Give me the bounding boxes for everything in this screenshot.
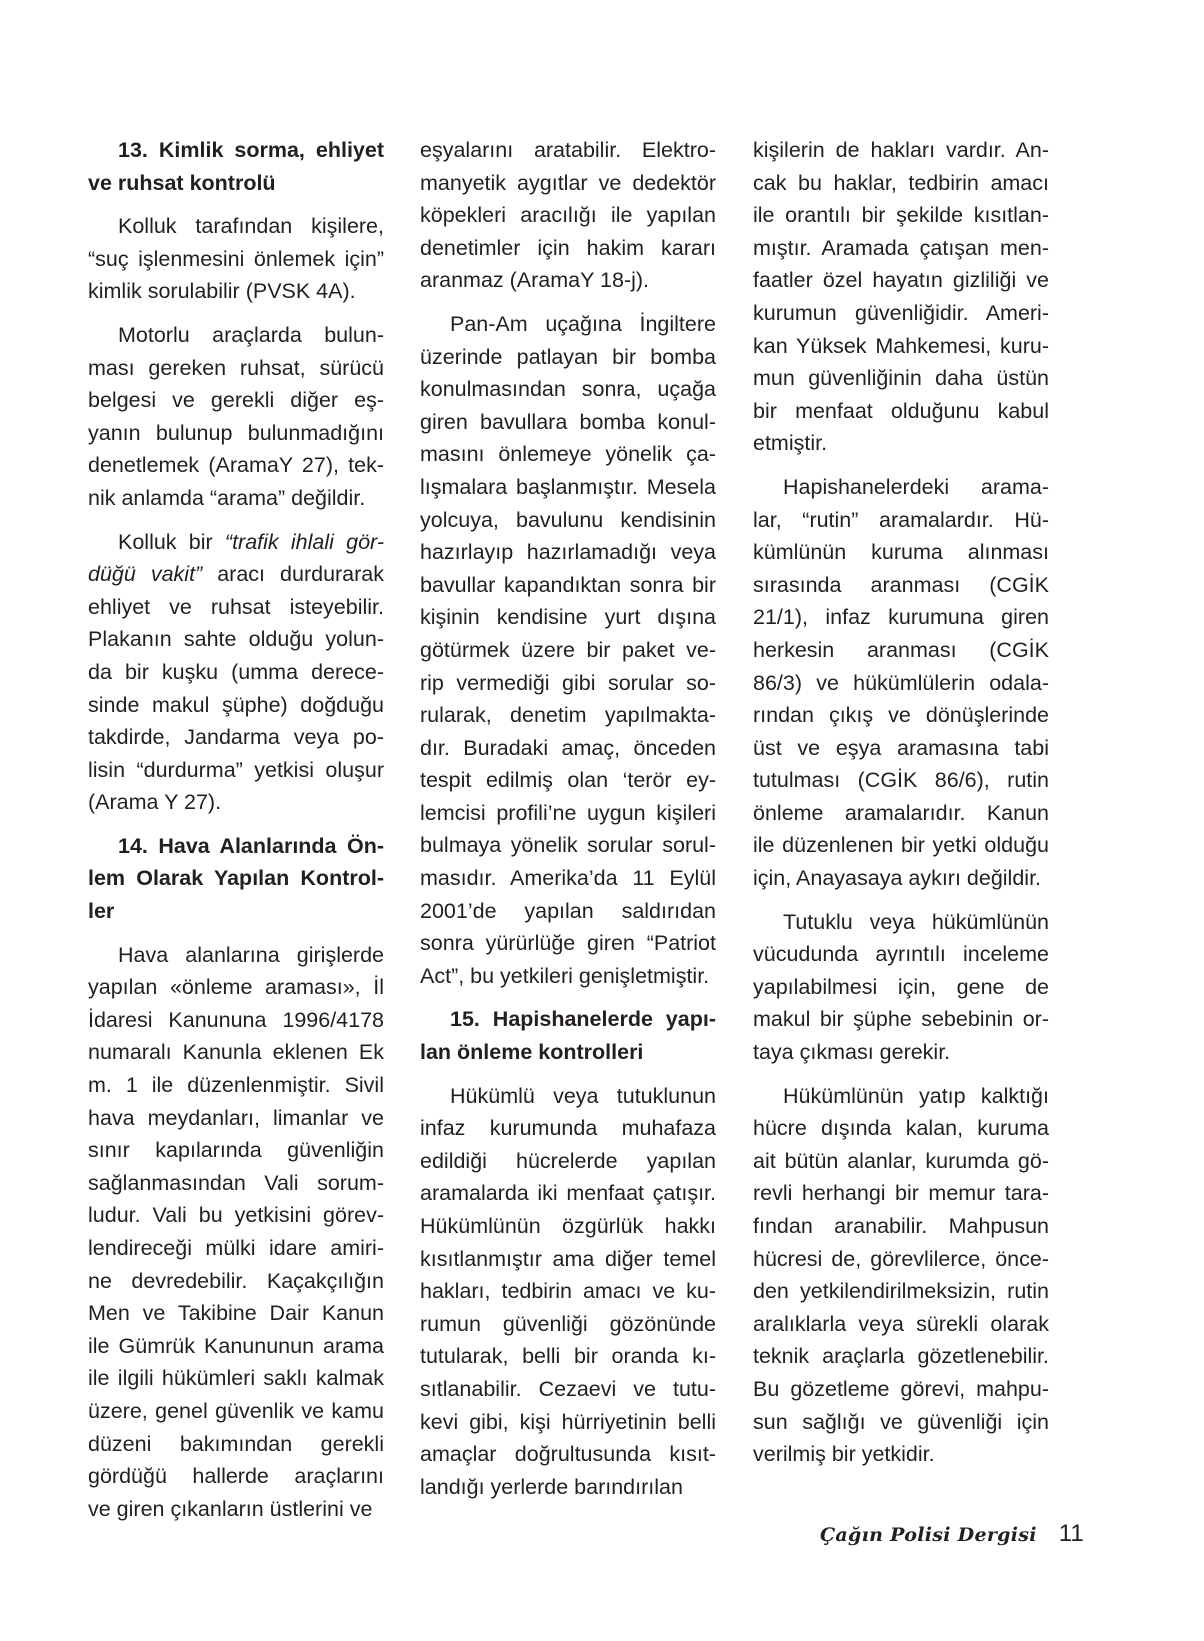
text-line: lışmalara başlanmıştır. Mesela [420, 471, 716, 504]
text-line: Motorlu araçlarda bulun- [88, 319, 384, 352]
text-line: rularak, denetim yapılmakta- [420, 699, 716, 732]
text-line: konulmasından sonra, uçağa [420, 373, 716, 406]
text-line: da bir kuşku (umma derece- [88, 656, 384, 689]
heading-line: lem Olarak Yapılan Kontrol- [88, 862, 384, 895]
text-line: için, Anayasaya aykırı değildir. [753, 862, 1049, 895]
text-line: hücre dışında kalan, kuruma [753, 1112, 1049, 1145]
text-line: ile orantılı bir şekilde kısıtlan- [753, 199, 1049, 232]
text-line: ile düzenlenen bir yetki olduğu [753, 829, 1049, 862]
section-heading: 15. Hapishanelerde yapı-lan önleme kontr… [420, 1003, 716, 1068]
text-line: (Arama Y 27). [88, 786, 384, 819]
text-line: m. 1 ile düzenlenmiştir. Sivil [88, 1069, 384, 1102]
text-line: manyetik aygıtlar ve dedektör [420, 167, 716, 200]
text-line: Hükümlünün özgürlük hakkı [420, 1210, 716, 1243]
text-line: aramalarda iki menfaat çatışır. [420, 1177, 716, 1210]
text-line: den yetkilendirilmeksizin, rutin [753, 1275, 1049, 1308]
journal-name: Çağın Polisi Dergisi [820, 1524, 1037, 1546]
text-line: vücudunda ayrıntılı inceleme [753, 938, 1049, 971]
text-line: Plakanın sahte olduğu yolun- [88, 623, 384, 656]
text-line: bulmaya yönelik sorular sorul- [420, 829, 716, 862]
text-line: lendireceği mülki idare amiri- [88, 1232, 384, 1265]
text-line: landığı yerlerde barındırılan [420, 1471, 716, 1504]
text-line: eşyalarını aratabilir. Elektro- [420, 134, 716, 167]
text-line: makul bir şüphe sebebinin or- [753, 1003, 1049, 1036]
text-line: ile ilgili hükümleri saklı kalmak [88, 1362, 384, 1395]
body-paragraph: Motorlu araçlarda bulun-ması gereken ruh… [88, 319, 384, 515]
body-paragraph: Hapishanelerdeki arama-lar, “rutin” aram… [753, 471, 1049, 895]
text-line: belgesi ve gerekli diğer eş- [88, 384, 384, 417]
text-line: hakları, tedbirin amacı ve ku- [420, 1275, 716, 1308]
text-line: tutularak, belli bir oranda kı- [420, 1340, 716, 1373]
text-line: Hapishanelerdeki arama- [753, 471, 1049, 504]
text-line: aralıklarla veya sürekli olarak [753, 1308, 1049, 1341]
text-line: ne devredebilir. Kaçakçılığın [88, 1265, 384, 1298]
body-paragraph: Hava alanlarına girişlerdeyapılan «önlem… [88, 939, 384, 1526]
text-line: taya çıkması gerekir. [753, 1036, 1049, 1069]
column-3: kişilerin de hakları vardır. An-cak bu h… [753, 134, 1049, 1482]
text-line: 86/3) ve hükümlülerin odala- [753, 667, 1049, 700]
text-line: amaçlar doğrultusunda kısıt- [420, 1438, 716, 1471]
text-line: üst ve eşya aramasına tabi [753, 732, 1049, 765]
body-paragraph: Tutuklu veya hükümlününvücudunda ayrıntı… [753, 906, 1049, 1069]
text-line: kişilerin de hakları vardır. An- [753, 134, 1049, 167]
text-line: kimlik sorulabilir (PVSK 4A). [88, 275, 384, 308]
text-line: lisin “durdurma” yetkisi oluşur [88, 754, 384, 787]
heading-line: 14. Hava Alanlarında Ön- [88, 830, 384, 863]
text-line: Bu gözetleme görevi, mahpu- [753, 1373, 1049, 1406]
italic-quote: düğü vakit” [88, 562, 202, 586]
text-line: Hava alanlarına girişlerde [88, 939, 384, 972]
text-line: hazırlayıp hazırlamadığı veya [420, 536, 716, 569]
text-line: üzerinde patlayan bir bomba [420, 341, 716, 374]
text-line: yolcuya, bavulunu kendisinin [420, 504, 716, 537]
text-line: kurumun güvenliğidir. Ameri- [753, 297, 1049, 330]
text-line: rip vermediği gibi sorular so- [420, 667, 716, 700]
text-line: Tutuklu veya hükümlünün [753, 906, 1049, 939]
text-line: ludur. Vali bu yetkisini görev- [88, 1199, 384, 1232]
heading-line: 13. Kimlik sorma, ehliyet [88, 134, 384, 167]
text-line: tespit edilmiş olan ‘terör ey- [420, 764, 716, 797]
text-line: “suç işlenmesini önlemek için” [88, 243, 384, 276]
text-line: ait bütün alanlar, kurumda gö- [753, 1145, 1049, 1178]
text-line: masıdır. Amerika’da 11 Eylül [420, 862, 716, 895]
text-line: nik anlamda “arama” değildir. [88, 482, 384, 515]
text-line: cak bu haklar, tedbirin amacı [753, 167, 1049, 200]
text-line: düzeni bakımından gerekli [88, 1428, 384, 1461]
body-paragraph: Pan-Am uçağına İngiltereüzerinde patlaya… [420, 308, 716, 992]
text-line: Act”, bu yetkileri genişletmiştir. [420, 960, 716, 993]
text-line: aranmaz (AramaY 18-j). [420, 264, 716, 297]
text-line: yapılan «önleme araması», İl [88, 971, 384, 1004]
text-line: giren bavullara bomba konul- [420, 406, 716, 439]
text-line: bavullar kapandıktan sonra bir [420, 569, 716, 602]
section-heading: 14. Hava Alanlarında Ön-lem Olarak Yapıl… [88, 830, 384, 928]
text-line: revli herhangi bir memur tara- [753, 1177, 1049, 1210]
text-line: gördüğü hallerde araçlarını [88, 1460, 384, 1493]
body-paragraph: Kolluk bir “trafik ihlali gör-düğü vakit… [88, 526, 384, 819]
text-line: infaz kurumunda muhafaza [420, 1112, 716, 1145]
text-line: denetlemek (AramaY 27), tek- [88, 449, 384, 482]
text-line: köpekleri aracılığı ile yapılan [420, 199, 716, 232]
text-line: numaralı Kanunla eklenen Ek [88, 1036, 384, 1069]
text-line: faatler özel hayatın gizliliği ve [753, 264, 1049, 297]
text-line: Hükümlü veya tutuklunun [420, 1080, 716, 1113]
text-line: bir menfaat olduğunu kabul [753, 395, 1049, 428]
body-paragraph: Kolluk tarafından kişilere,“suç işlenmes… [88, 210, 384, 308]
text-line: mun güvenliğinin daha üstün [753, 362, 1049, 395]
text-line: hücresi de, görevlilerce, önce- [753, 1243, 1049, 1276]
text-line: lar, “rutin” aramalardır. Hü- [753, 504, 1049, 537]
text-line: Men ve Takibine Dair Kanun [88, 1297, 384, 1330]
section-heading: 13. Kimlik sorma, ehliyetve ruhsat kontr… [88, 134, 384, 199]
body-paragraph: eşyalarını aratabilir. Elektro-manyetik … [420, 134, 716, 297]
text-line: rından çıkış ve dönüşlerinde [753, 699, 1049, 732]
page-footer: Çağın Polisi Dergisi 11 [820, 1520, 1084, 1548]
text-line: önleme aramalarıdır. Kanun [753, 797, 1049, 830]
text-line: sun sağlığı ve güvenliği için [753, 1406, 1049, 1439]
text-line: sınır kapılarında güvenliğin [88, 1134, 384, 1167]
text-line: ehliyet ve ruhsat isteyebilir. [88, 591, 384, 624]
text-line: tutulması (CGİK 86/6), rutin [753, 764, 1049, 797]
text-line: yapılabilmesi için, gene de [753, 971, 1049, 1004]
column-2: eşyalarını aratabilir. Elektro-manyetik … [420, 134, 716, 1514]
text-line: kısıtlanmıştır ama diğer temel [420, 1243, 716, 1276]
text-line: etmiştir. [753, 427, 1049, 460]
text-line: lemcisi profili’ne uygun kişileri [420, 797, 716, 830]
text-line: götürmek üzere bir paket ve- [420, 634, 716, 667]
text-line: ve giren çıkanların üstlerini ve [88, 1493, 384, 1526]
text-line: takdirde, Jandarma veya po- [88, 721, 384, 754]
text-line: hava meydanları, limanlar ve [88, 1102, 384, 1135]
column-1: 13. Kimlik sorma, ehliyetve ruhsat kontr… [88, 134, 384, 1536]
text-line: Pan-Am uçağına İngiltere [420, 308, 716, 341]
text-line: Hükümlünün yatıp kalktığı [753, 1080, 1049, 1113]
text-line: kan Yüksek Mahkemesi, kuru- [753, 330, 1049, 363]
text-line: sıtlanabilir. Cezaevi ve tutu- [420, 1373, 716, 1406]
page-number: 11 [1059, 1520, 1084, 1548]
text-line: ması gereken ruhsat, sürücü [88, 352, 384, 385]
text-line: teknik araçlarla gözetlenebilir. [753, 1340, 1049, 1373]
italic-quote: “trafik ihlali gör- [225, 530, 384, 554]
text-line: düğü vakit” aracı durdurarak [88, 558, 384, 591]
text-line: ile Gümrük Kanununun arama [88, 1330, 384, 1363]
text-line: sırasında aranması (CGİK [753, 569, 1049, 602]
text-line: edildiği hücrelerde yapılan [420, 1145, 716, 1178]
text-line: Kolluk bir “trafik ihlali gör- [88, 526, 384, 559]
text-line: sağlanmasından Vali sorum- [88, 1167, 384, 1200]
text-line: fından aranabilir. Mahpusun [753, 1210, 1049, 1243]
body-paragraph: Hükümlü veya tutuklununinfaz kurumunda m… [420, 1080, 716, 1504]
text-line: kişinin kendisine yurt dışına [420, 601, 716, 634]
text-line: herkesin aranması (CGİK [753, 634, 1049, 667]
text-line: yanın bulunup bulunmadığını [88, 417, 384, 450]
body-paragraph: Hükümlünün yatıp kalktığıhücre dışında k… [753, 1080, 1049, 1471]
text-line: İdaresi Kanununa 1996/4178 [88, 1004, 384, 1037]
heading-line: ler [88, 895, 384, 928]
text-line: verilmiş bir yetkidir. [753, 1438, 1049, 1471]
heading-line: lan önleme kontrolleri [420, 1036, 716, 1069]
text-line: kevi gibi, kişi hürriyetinin belli [420, 1406, 716, 1439]
text-line: rumun güvenliği gözönünde [420, 1308, 716, 1341]
text-line: 21/1), infaz kurumuna giren [753, 601, 1049, 634]
text-line: Kolluk tarafından kişilere, [88, 210, 384, 243]
text-line: dır. Buradaki amaç, önceden [420, 732, 716, 765]
text-line: denetimler için hakim kararı [420, 232, 716, 265]
text-line: kümlünün kuruma alınması [753, 536, 1049, 569]
text-line: üzere, genel güvenlik ve kamu [88, 1395, 384, 1428]
heading-line: ve ruhsat kontrolü [88, 167, 384, 200]
text-line: 2001’de yapılan saldırıdan [420, 895, 716, 928]
heading-line: 15. Hapishanelerde yapı- [420, 1003, 716, 1036]
text-line: masını önlemeye yönelik ça- [420, 438, 716, 471]
text-line: sinde makul şüphe) doğduğu [88, 689, 384, 722]
text-line: sonra yürürlüğe giren “Patriot [420, 927, 716, 960]
body-paragraph: kişilerin de hakları vardır. An-cak bu h… [753, 134, 1049, 460]
text-line: mıştır. Aramada çatışan men- [753, 232, 1049, 265]
